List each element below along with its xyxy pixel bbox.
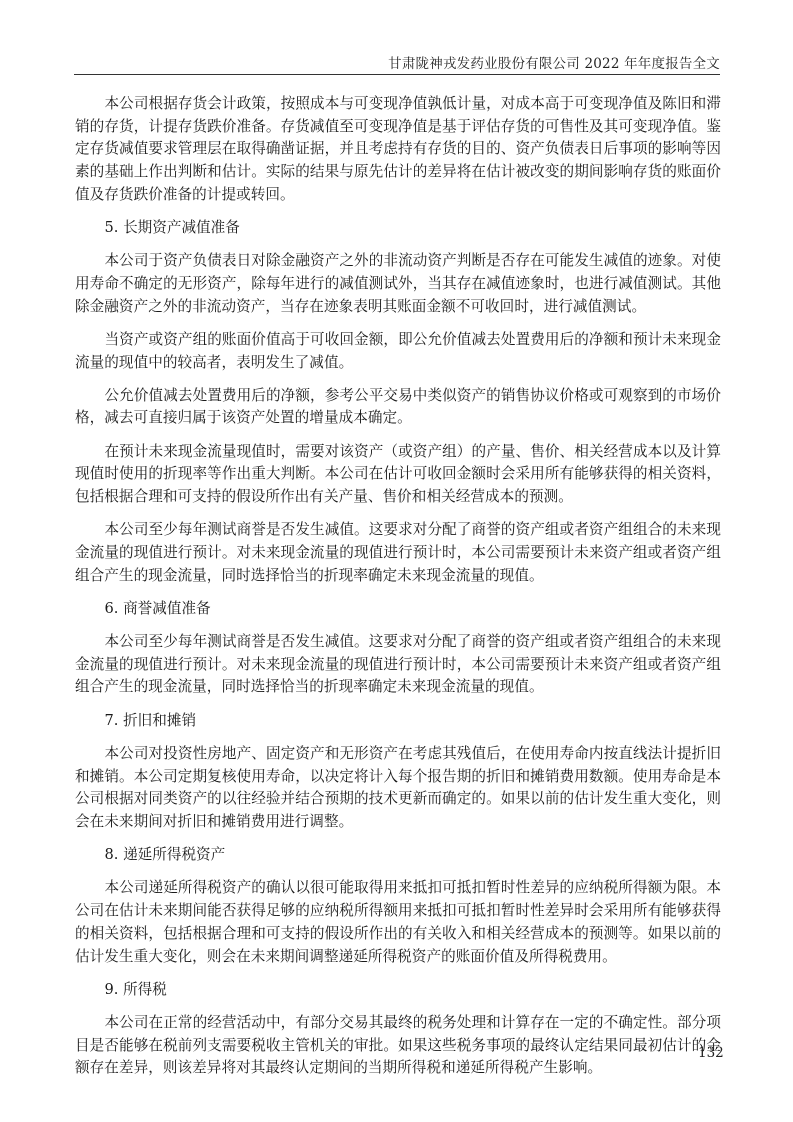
- paragraph-goodwill-test: 本公司至少每年测试商誉是否发生减值。这要求对分配了商誉的资产组或者资产组组合的未…: [75, 519, 721, 587]
- paragraph-impairment-indicators: 本公司于资产负债表日对除金融资产之外的非流动资产判断是否存在可能发生减值的迹象。…: [75, 250, 721, 318]
- paragraph-income-tax: 本公司在正常的经营活动中，有部分交易其最终的税务处理和计算存在一定的不确定性。部…: [75, 1012, 721, 1080]
- page-number: 132: [698, 1045, 724, 1061]
- section-heading-goodwill-impairment: 6. 商誉减值准备: [75, 598, 721, 621]
- report-title: 甘肃陇神戎发药业股份有限公司 2022 年年度报告全文: [388, 52, 720, 72]
- section-heading-income-tax: 9. 所得税: [75, 979, 721, 1002]
- paragraph-fair-value-less-costs: 公允价值减去处置费用后的净额，参考公平交易中类似资产的销售协议价格或可观察到的市…: [75, 385, 721, 430]
- section-heading-long-term-asset-impairment: 5. 长期资产减值准备: [75, 217, 721, 240]
- paragraph-impairment-recognition: 当资产或资产组的账面价值高于可收回金额，即公允价值减去处置费用后的净额和预计未来…: [75, 329, 721, 374]
- section-heading-depreciation-amortization: 7. 折旧和摊销: [75, 710, 721, 733]
- document-body: 本公司根据存货会计政策，按照成本与可变现净值孰低计量，对成本高于可变现净值及陈旧…: [75, 93, 721, 1080]
- page-header: 甘肃陇神戎发药业股份有限公司 2022 年年度报告全文: [74, 50, 720, 75]
- section-heading-deferred-tax-assets: 8. 递延所得税资产: [75, 844, 721, 867]
- paragraph-depreciation-amortization: 本公司对投资性房地产、固定资产和无形资产在考虑其残值后，在使用寿命内按直线法计提…: [75, 743, 721, 834]
- paragraph-deferred-tax-assets: 本公司递延所得税资产的确认以很可能取得用来抵扣可抵扣暂时性差异的应纳税所得额为限…: [75, 877, 721, 968]
- paragraph-goodwill-impairment: 本公司至少每年测试商誉是否发生减值。这要求对分配了商誉的资产组或者资产组组合的未…: [75, 631, 721, 699]
- paragraph-future-cash-flow-estimate: 在预计未来现金流量现值时，需要对该资产（或资产组）的产量、售价、相关经营成本以及…: [75, 441, 721, 509]
- paragraph-inventory-impairment: 本公司根据存货会计政策，按照成本与可变现净值孰低计量，对成本高于可变现净值及陈旧…: [75, 93, 721, 207]
